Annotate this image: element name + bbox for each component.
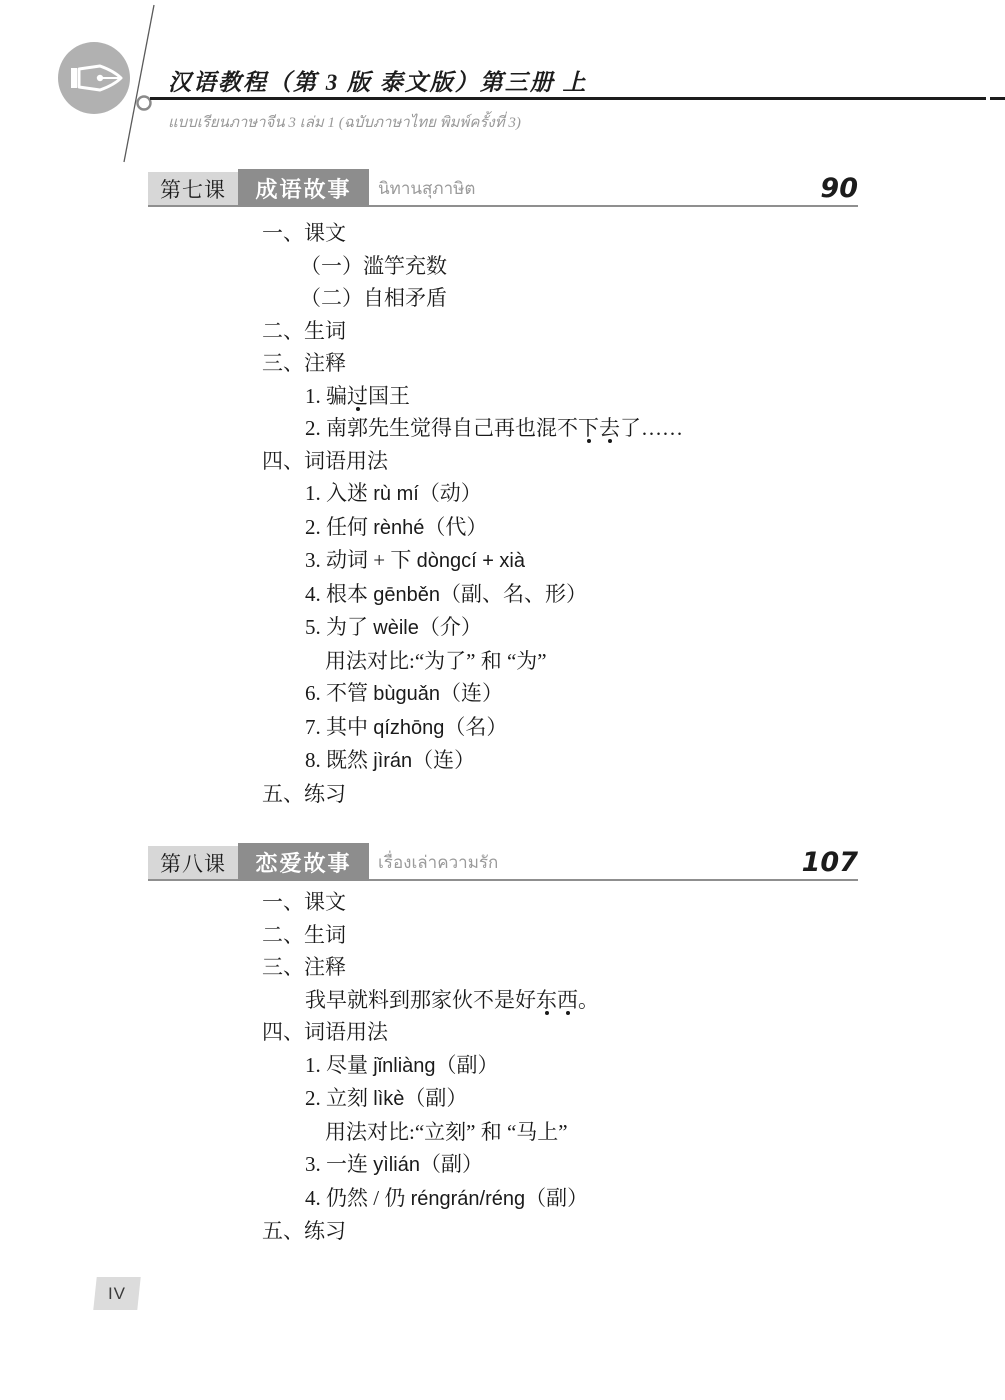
- toc-item: （一）滥竽充数: [300, 250, 683, 283]
- text-run: 2. 任何: [305, 515, 373, 539]
- text-run: （连）: [412, 748, 475, 772]
- toc-item: 2. 立刻 lìkè（副）: [305, 1082, 599, 1116]
- toc-item: 1. 入迷 rù mí（动）: [305, 477, 683, 511]
- lesson-7-title-thai: นิทานสุภาษิต: [378, 175, 475, 202]
- text-run: 7. 其中: [305, 715, 373, 739]
- text-run: （副）: [525, 1186, 588, 1210]
- text-run: 1. 入迷: [305, 481, 373, 505]
- pinyin-text: bùguǎn: [373, 683, 440, 705]
- text-run: 了……: [620, 416, 683, 440]
- lesson-8-number-box: 第八课: [148, 846, 238, 879]
- text-run: 国王: [368, 384, 410, 408]
- text-run: （介）: [419, 615, 482, 639]
- toc-item: 7. 其中 qízhōng（名）: [305, 711, 683, 745]
- toc-item: （二）自相矛盾: [300, 282, 683, 315]
- text-run: 四、词语用法: [262, 1020, 388, 1044]
- text-run: （名）: [444, 715, 507, 739]
- lesson-8-toc-list: 一、课文二、生词三、注释我早就料到那家伙不是好东西。四、词语用法1. 尽量 jǐ…: [262, 886, 599, 1248]
- toc-item: 一、课文: [262, 217, 683, 250]
- text-run: （二）自相矛盾: [300, 286, 447, 310]
- header-rule: [150, 97, 986, 100]
- text-run: 二、生词: [262, 923, 346, 947]
- text-run: 5. 为了: [305, 615, 373, 639]
- lesson-7-toc-list: 一、课文（一）滥竽充数（二）自相矛盾二、生词三、注释1. 骗过国王2. 南郭先生…: [262, 217, 683, 810]
- lesson-7-header-row: 第七课 成语故事 นิทานสุภาษิต 90: [148, 169, 858, 207]
- toc-item: 五、练习: [262, 778, 683, 811]
- toc-item: 用法对比:“为了” 和 “为”: [325, 645, 683, 678]
- toc-item: 1. 骗过国王: [305, 380, 683, 413]
- toc-item: 一、课文: [262, 886, 599, 919]
- toc-item: 3. 动词 + 下 dòngcí + xià: [305, 544, 683, 578]
- pinyin-text: dòngcí + xià: [417, 550, 525, 572]
- text-run: 1. 骗: [305, 384, 347, 408]
- text-run: （连）: [440, 681, 503, 705]
- lesson-8-title-box: 恋爱故事: [238, 843, 369, 881]
- toc-item: 四、词语用法: [262, 1016, 599, 1049]
- emphasized-text: 下: [578, 416, 599, 440]
- toc-item: 5. 为了 wèile（介）: [305, 611, 683, 645]
- divider-ring-icon: [138, 97, 151, 110]
- toc-item: 二、生词: [262, 919, 599, 952]
- text-run: 3. 动词 + 下: [305, 548, 417, 572]
- diagonal-rule-decoration: [100, 0, 170, 168]
- folio-box: IV: [93, 1277, 140, 1310]
- header-rule-tail: [990, 97, 1005, 100]
- text-run: （副）: [404, 1086, 467, 1110]
- text-run: （代）: [424, 515, 487, 539]
- text-run: 8. 既然: [305, 748, 373, 772]
- lesson-7-title-box: 成语故事: [238, 169, 369, 207]
- book-subtitle-thai: แบบเรียนภาษาจีน 3 เล่ม 1 (ฉบับภาษาไทย พิ…: [168, 110, 521, 134]
- text-run: （动）: [419, 481, 482, 505]
- folio-page-number: IV: [108, 1284, 126, 1304]
- toc-item: 三、注释: [262, 347, 683, 380]
- text-run: 用法对比:“为了” 和 “为”: [325, 649, 547, 673]
- pinyin-text: jìrán: [373, 750, 412, 772]
- pinyin-text: yìlián: [373, 1154, 420, 1176]
- text-run: 一、课文: [262, 221, 346, 245]
- toc-item: 用法对比:“立刻” 和 “马上”: [325, 1116, 599, 1149]
- toc-item: 三、注释: [262, 951, 599, 984]
- emphasized-text: 东: [536, 988, 557, 1012]
- pinyin-text: réngrán/réng: [411, 1188, 526, 1210]
- text-run: （副）: [420, 1152, 483, 1176]
- lesson-7-page-number: 90: [820, 173, 858, 204]
- lesson-7-number-box: 第七课: [148, 172, 238, 205]
- text-run: （一）滥竽充数: [300, 254, 447, 278]
- toc-item: 1. 尽量 jǐnliàng（副）: [305, 1049, 599, 1083]
- text-run: 二、生词: [262, 319, 346, 343]
- toc-item: 4. 根本 gēnběn（副、名、形）: [305, 578, 683, 612]
- text-run: 用法对比:“立刻” 和 “马上”: [325, 1120, 568, 1144]
- text-run: 五、练习: [262, 782, 346, 806]
- lesson-8-header-row: 第八课 恋爱故事 เรื่องเล่าความรัก 107: [148, 843, 858, 881]
- pinyin-text: rù mí: [373, 483, 419, 505]
- text-run: 4. 仍然 / 仍: [305, 1186, 411, 1210]
- toc-item: 二、生词: [262, 315, 683, 348]
- toc-item: 2. 任何 rènhé（代）: [305, 511, 683, 545]
- pinyin-text: lìkè: [373, 1088, 404, 1110]
- pinyin-text: jǐnliàng: [373, 1055, 435, 1077]
- toc-item: 2. 南郭先生觉得自己再也混不下去了……: [305, 412, 683, 445]
- text-run: （副、名、形）: [440, 582, 587, 606]
- text-run: 2. 南郭先生觉得自己再也混不: [305, 416, 578, 440]
- text-run: 一、课文: [262, 890, 346, 914]
- pinyin-text: rènhé: [373, 517, 424, 539]
- emphasized-text: 过: [347, 384, 368, 408]
- book-title: 汉语教程（第 3 版 泰文版）第三册 上: [168, 64, 588, 97]
- emphasized-text: 西: [557, 988, 578, 1012]
- toc-item: 四、词语用法: [262, 445, 683, 478]
- text-run: 四、词语用法: [262, 449, 388, 473]
- pinyin-text: wèile: [373, 617, 419, 639]
- text-run: （副）: [436, 1053, 499, 1077]
- toc-item: 3. 一连 yìlián（副）: [305, 1148, 599, 1182]
- text-run: 2. 立刻: [305, 1086, 373, 1110]
- toc-item: 8. 既然 jìrán（连）: [305, 744, 683, 778]
- text-run: 3. 一连: [305, 1152, 373, 1176]
- toc-item: 我早就料到那家伙不是好东西。: [305, 984, 599, 1017]
- text-run: 1. 尽量: [305, 1053, 373, 1077]
- text-run: 三、注释: [262, 955, 346, 979]
- pinyin-text: gēnběn: [373, 584, 440, 606]
- toc-item: 4. 仍然 / 仍 réngrán/réng（副）: [305, 1182, 599, 1216]
- text-run: 4. 根本: [305, 582, 373, 606]
- text-run: 。: [578, 988, 599, 1012]
- book-toc-page: 汉语教程（第 3 版 泰文版）第三册 上 แบบเรียนภาษาจีน 3 เ…: [0, 0, 1005, 1400]
- emphasized-text: 去: [599, 416, 620, 440]
- text-run: 五、练习: [262, 1219, 346, 1243]
- toc-item: 五、练习: [262, 1215, 599, 1248]
- lesson-8-title-thai: เรื่องเล่าความรัก: [378, 849, 498, 876]
- toc-item: 6. 不管 bùguǎn（连）: [305, 677, 683, 711]
- pinyin-text: qízhōng: [373, 717, 444, 739]
- text-run: 三、注释: [262, 351, 346, 375]
- lesson-8-page-number: 107: [802, 847, 858, 878]
- text-run: 我早就料到那家伙不是好: [305, 988, 536, 1012]
- text-run: 6. 不管: [305, 681, 373, 705]
